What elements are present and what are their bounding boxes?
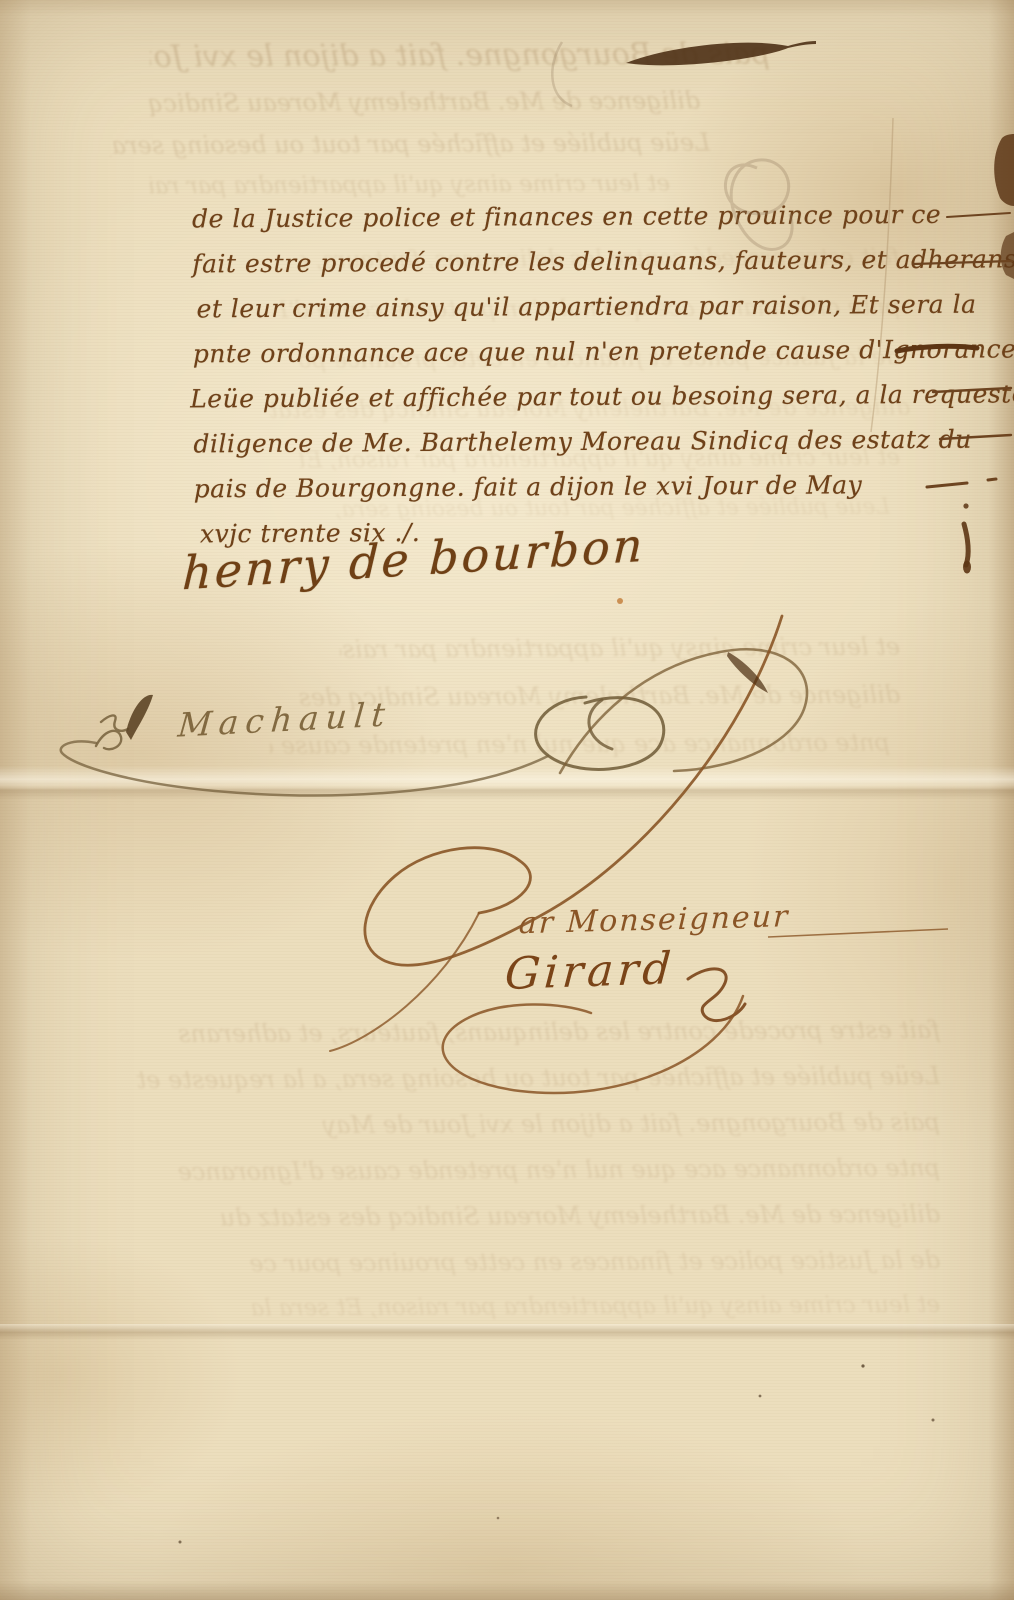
paper-speck (861, 1364, 864, 1367)
bleed-through-line: pnte ordonnance ace que nul n'en pretend… (90, 1154, 940, 1186)
grand-ellipse-flourish (560, 649, 807, 773)
bleed-through-line: pais de Bourgongne. fait a dijon le xvi … (150, 36, 770, 74)
grand-flourish-p-tail (330, 913, 479, 1051)
manuscript-line: Leüe publiée et affichée par tout ou bes… (190, 372, 973, 422)
paper-speck (179, 1541, 182, 1544)
paper-speck (759, 1395, 762, 1398)
girard-under-ellipse (443, 996, 743, 1093)
top-ink-swoosh (626, 41, 816, 65)
bleed-through-flourish (552, 42, 572, 106)
bleed-through-line: et leur crime ainsy qu'il appartiendra p… (340, 633, 900, 664)
girard-signature: Girard (503, 943, 676, 1000)
manuscript-line: et leur crime ainsy qu'il appartiendra p… (196, 282, 972, 332)
rust-speck (617, 598, 623, 604)
monseigneur-underline (768, 929, 948, 937)
bleed-through-line: et leur crime ainsy qu'il appartiendra p… (100, 1292, 940, 1322)
bleed-through-line: Leüe publiée et affichée par tout ou bes… (110, 128, 710, 159)
manuscript-document-page: pais de Bourgongne. fait a dijon le xvi … (0, 0, 1014, 1600)
machault-long-sweep (61, 741, 548, 795)
manuscript-line: de la Justice police et finances en cett… (192, 192, 972, 242)
bleed-through-line: diligence de Me. Barthelemy Moreau Sindi… (140, 87, 700, 118)
manuscript-line: diligence de Me. Barthelemy Moreau Sindi… (193, 417, 973, 467)
bleed-through-line: fait estre procedé contre les delinquans… (120, 1016, 940, 1048)
bleed-through-line: diligence de Me. Barthelemy Moreau Sindi… (110, 1200, 940, 1232)
manuscript-line: pais de Bourgongne. fait a dijon le xvi … (194, 462, 974, 512)
machault-bold-stroke (126, 695, 153, 740)
girard-paraph-flourish (688, 969, 745, 1021)
machault-countersignature: Machault (176, 694, 393, 744)
bleed-through-line: de la Justice police et finances en cett… (130, 1246, 940, 1278)
fold-crease (0, 1324, 1014, 1340)
right-edge-ink-stain (994, 134, 1014, 206)
manuscript-line: pnte ordonnance ace que nul n'en pretend… (193, 327, 973, 377)
manuscript-body: de la Justice police et finances en cett… (192, 192, 974, 557)
machault-paraph-flourish (536, 697, 664, 769)
ink-smudge (727, 652, 768, 693)
fold-crease (0, 766, 1014, 800)
bleed-through-line: pais de Bourgongne. fait a dijon le xvi … (140, 1108, 940, 1140)
machault-opening-squiggle (96, 715, 128, 749)
par-monseigneur-closing: Par Monseigneur (497, 899, 790, 942)
manuscript-line: fait estre procedé contre les delinquans… (192, 237, 972, 287)
bleed-through-line: Leüe publiée et affichée par tout ou bes… (100, 1062, 940, 1094)
machault-paraph-flourish (589, 700, 612, 749)
paper-speck (932, 1419, 935, 1422)
ink-blot (963, 561, 971, 574)
margin-dash (988, 479, 996, 480)
paper-speck (497, 1517, 500, 1520)
